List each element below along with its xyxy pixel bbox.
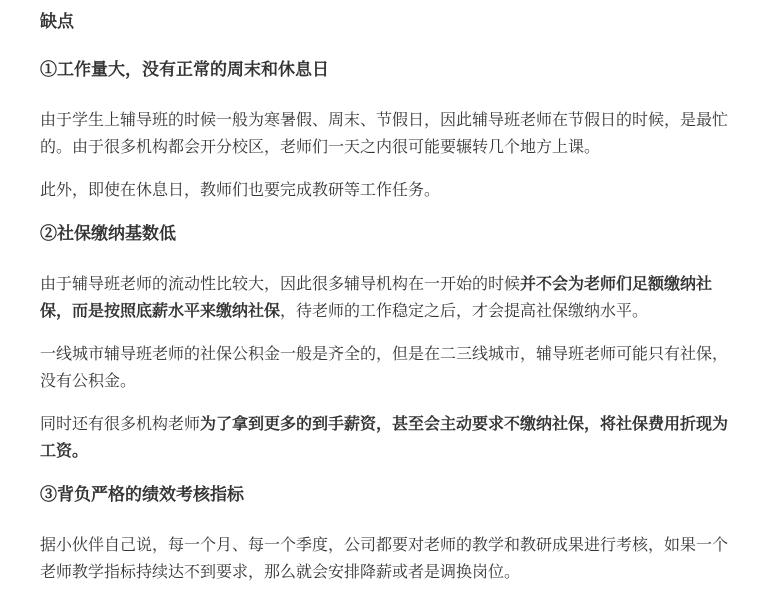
paragraph-kpi-detail: 据小伙伴自己说，每一个月、每一个季度，公司都要对老师的教学和教研成果进行考核，如…	[40, 532, 740, 586]
text-run: ，待老师的工作稳定之后，才会提高社保缴纳水平。	[280, 303, 648, 320]
text-run: 由于学生上辅导班的时候一般为寒暑假、周末、节假日，因此辅导班老师在节假日的时候，…	[40, 112, 728, 156]
text-run: 同时还有很多机构老师	[40, 416, 200, 433]
text-run: 据小伙伴自己说，每一个月、每一个季度，公司都要对老师的教学和教研成果进行考核，如…	[40, 537, 728, 581]
article-title: 缺点	[40, 8, 740, 35]
section-heading-kpi: ③背负严格的绩效考核指标	[40, 481, 740, 508]
text-run: 由于辅导班老师的流动性比较大，因此很多辅导机构在一开始的时候	[40, 276, 520, 293]
article-body: 缺点 ①工作量大，没有正常的周末和休息日 由于学生上辅导班的时候一般为寒暑假、周…	[0, 0, 780, 586]
text-run: 一线城市辅导班老师的社保公积金一般是齐全的，但是在二三线城市，辅导班老师可能只有…	[40, 346, 728, 390]
section-heading-workload: ①工作量大，没有正常的周末和休息日	[40, 56, 740, 83]
paragraph-cash-instead: 同时还有很多机构老师为了拿到更多的到手薪资，甚至会主动要求不缴纳社保，将社保费用…	[40, 411, 740, 465]
paragraph-workload-detail: 由于学生上辅导班的时候一般为寒暑假、周末、节假日，因此辅导班老师在节假日的时候，…	[40, 107, 740, 161]
paragraph-insurance-base: 由于辅导班老师的流动性比较大，因此很多辅导机构在一开始的时候并不会为老师们足额缴…	[40, 271, 740, 325]
paragraph-city-difference: 一线城市辅导班老师的社保公积金一般是齐全的，但是在二三线城市，辅导班老师可能只有…	[40, 341, 740, 395]
section-heading-social-insurance: ②社保缴纳基数低	[40, 220, 740, 247]
text-run: 此外，即使在休息日，教师们也要完成教研等工作任务。	[40, 182, 440, 199]
paragraph-rest-day-tasks: 此外，即使在休息日，教师们也要完成教研等工作任务。	[40, 177, 740, 204]
